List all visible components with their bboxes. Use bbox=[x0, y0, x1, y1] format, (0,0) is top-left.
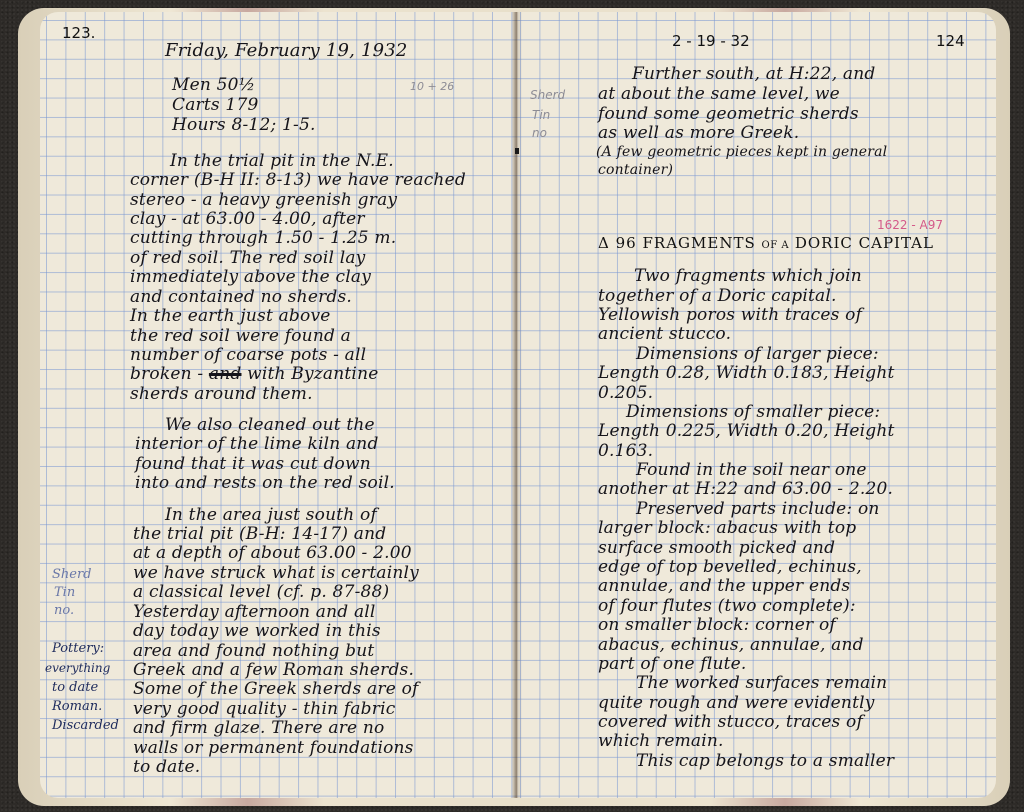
text-line: covered with stucco, traces of bbox=[598, 714, 863, 731]
entry-title-part2: DORIC CAPITAL bbox=[795, 234, 934, 252]
text-line: part of one flute. bbox=[598, 656, 747, 673]
text-fragment: with Byzantine bbox=[241, 364, 378, 384]
struck-out-word: and bbox=[209, 364, 242, 384]
text-line: 0.163. bbox=[598, 443, 653, 460]
margin-line: Discarded bbox=[52, 717, 119, 734]
text-line: found that it was cut down bbox=[135, 456, 371, 473]
text-line: of four flutes (two complete): bbox=[598, 598, 856, 615]
open-notebook: 123. Friday, February 19, 1932 Men 50½ 1… bbox=[0, 0, 1024, 812]
text-line: ancient stucco. bbox=[598, 326, 731, 343]
log-men: Men 50½ bbox=[172, 77, 255, 94]
pencil-tally: 10 + 26 bbox=[410, 80, 454, 94]
text-line: day today we worked in this bbox=[133, 623, 381, 640]
text-line: as well as more Greek. bbox=[598, 125, 799, 142]
margin-line: everything bbox=[45, 660, 110, 677]
margin-line: Sherd bbox=[52, 566, 92, 583]
text-line: we have struck what is certainly bbox=[133, 565, 419, 582]
text-line: We also cleaned out the bbox=[165, 417, 375, 434]
page-number-right: 124 bbox=[936, 32, 965, 50]
text-line: quite rough and were evidently bbox=[598, 695, 875, 712]
text-line: into and rests on the red soil. bbox=[135, 475, 395, 492]
entry-number: 96 bbox=[616, 234, 637, 252]
margin-line: Roman. bbox=[52, 698, 102, 715]
text-line: Two fragments which join bbox=[634, 268, 862, 285]
text-line: another at H:22 and 63.00 - 2.20. bbox=[598, 481, 893, 498]
text-line: area and found nothing but bbox=[133, 643, 374, 660]
book-gutter bbox=[512, 12, 522, 798]
text-line: Further south, at H:22, and bbox=[632, 66, 875, 83]
text-line: Yesterday afternoon and all bbox=[133, 604, 376, 621]
text-line: the red soil were found a bbox=[130, 328, 351, 345]
text-line: number of coarse pots - all bbox=[130, 347, 366, 364]
text-line: Length 0.225, Width 0.20, Height bbox=[598, 423, 895, 440]
text-line: corner (B-H II: 8-13) we have reached bbox=[130, 172, 466, 189]
text-line: In the trial pit in the N.E. bbox=[170, 153, 394, 170]
text-line: and contained no sherds. bbox=[130, 289, 352, 306]
text-line: Found in the soil near one bbox=[636, 462, 867, 479]
text-line: 0.205. bbox=[598, 385, 653, 402]
text-line: together of a Doric capital. bbox=[598, 288, 837, 305]
text-line: stereo - a heavy greenish gray bbox=[130, 192, 397, 209]
text-line: very good quality - thin fabric bbox=[133, 701, 395, 718]
text-line: annulae, and the upper ends bbox=[598, 578, 850, 595]
text-line: sherds around them. bbox=[130, 386, 313, 403]
text-line: edge of top bevelled, echinus, bbox=[598, 559, 862, 576]
margin-line: Sherd bbox=[530, 88, 565, 102]
text-line: Yellowish poros with traces of bbox=[598, 307, 862, 324]
catalog-reference: 1622 - A97 bbox=[877, 218, 943, 232]
text-line: container) bbox=[598, 162, 673, 179]
margin-line: Pottery: bbox=[52, 640, 104, 657]
text-line: immediately above the clay bbox=[130, 269, 371, 286]
text-line: found some geometric sherds bbox=[598, 106, 859, 123]
text-line: Some of the Greek sherds are of bbox=[133, 681, 419, 698]
margin-line: no. bbox=[54, 602, 74, 619]
text-line: at about the same level, we bbox=[598, 86, 840, 103]
text-line: surface smooth picked and bbox=[598, 540, 835, 557]
text-line: interior of the lime kiln and bbox=[135, 436, 379, 453]
entry-heading: Δ 96 FRAGMENTS OF A DORIC CAPITAL bbox=[598, 234, 934, 252]
entry-title-part1: FRAGMENTS bbox=[643, 234, 756, 252]
text-line: Dimensions of larger piece: bbox=[636, 346, 879, 363]
text-line: The worked surfaces remain bbox=[636, 675, 887, 692]
text-line: cutting through 1.50 - 1.25 m. bbox=[130, 230, 396, 247]
text-line: which remain. bbox=[598, 733, 724, 750]
text-line: Preserved parts include: on bbox=[636, 501, 880, 518]
text-line: (A few geometric pieces kept in general bbox=[596, 144, 887, 161]
margin-line: Tin bbox=[54, 584, 75, 601]
log-carts: Carts 179 bbox=[172, 97, 258, 114]
text-line: abacus, echinus, annulae, and bbox=[598, 637, 864, 654]
text-line: on smaller block: corner of bbox=[598, 617, 836, 634]
short-date: 2 - 19 - 32 bbox=[672, 32, 750, 50]
text-line: larger block: abacus with top bbox=[598, 520, 856, 537]
text-line: broken - and with Byzantine bbox=[130, 366, 378, 383]
text-line: and firm glaze. There are no bbox=[133, 720, 384, 737]
text-fragment: broken - bbox=[130, 364, 209, 384]
text-line: Length 0.28, Width 0.183, Height bbox=[598, 365, 895, 382]
text-line: This cap belongs to a smaller bbox=[636, 753, 894, 770]
margin-line: no bbox=[532, 126, 547, 140]
delta-symbol: Δ bbox=[598, 234, 610, 252]
text-line: In the earth just above bbox=[130, 308, 331, 325]
page-number-left: 123. bbox=[62, 24, 95, 42]
text-line: the trial pit (B-H: 14-17) and bbox=[133, 526, 386, 543]
text-line: Dimensions of smaller piece: bbox=[626, 404, 880, 421]
text-line: to date. bbox=[133, 759, 200, 776]
log-hours: Hours 8-12; 1-5. bbox=[172, 117, 316, 134]
text-line: a classical level (cf. p. 87-88) bbox=[133, 584, 389, 601]
entry-title-connector: OF A bbox=[762, 240, 790, 251]
text-line: walls or permanent foundations bbox=[133, 740, 414, 757]
date-heading: Friday, February 19, 1932 bbox=[165, 42, 408, 59]
text-line: of red soil. The red soil lay bbox=[130, 250, 365, 267]
margin-line: Tin bbox=[532, 108, 550, 122]
text-line: In the area just south of bbox=[165, 507, 377, 524]
margin-line: to date bbox=[52, 679, 98, 696]
text-line: clay - at 63.00 - 4.00, after bbox=[130, 211, 365, 228]
binding-stitch bbox=[515, 148, 519, 154]
text-line: at a depth of about 63.00 - 2.00 bbox=[133, 545, 412, 562]
text-line: Greek and a few Roman sherds. bbox=[133, 662, 414, 679]
